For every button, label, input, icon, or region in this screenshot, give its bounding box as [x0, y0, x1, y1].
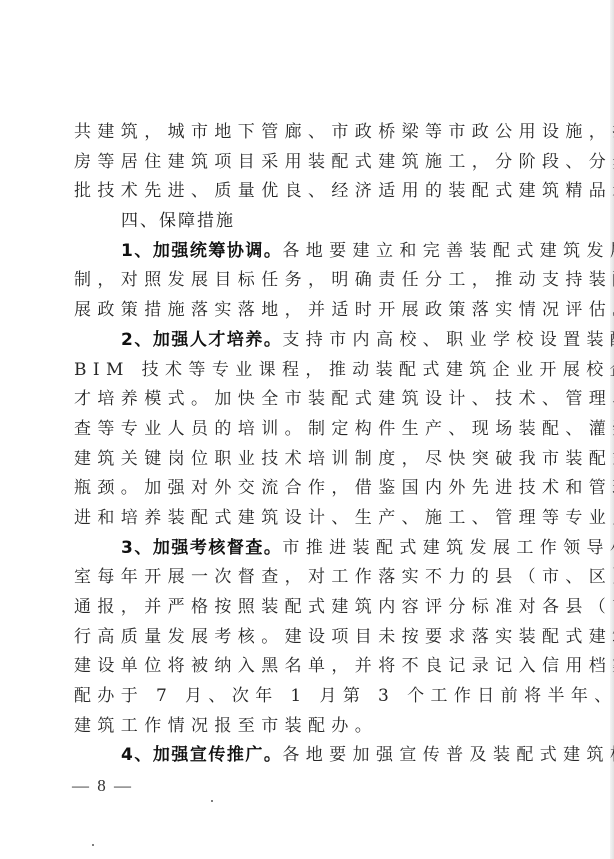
- paragraph-line: 共建筑，城市地下管廊、市政桥梁等市政公用设施，拆迁安置还: [74, 118, 526, 148]
- measure-3-title: 3、加强考核督查。: [121, 538, 282, 558]
- measure-3-text: 市推进装配式建筑发展工作领导小组办公: [282, 538, 614, 558]
- paragraph-line: 建筑工作情况报至市装配办。: [74, 712, 526, 742]
- paragraph-line: 房等居住建筑项目采用装配式建筑施工，分阶段、分步骤建成一: [74, 148, 526, 178]
- page-number: — 8 —: [72, 776, 133, 796]
- measure-1-title: 1、加强统筹协调。: [121, 241, 282, 261]
- document-page: 共建筑，城市地下管廊、市政桥梁等市政公用设施，拆迁安置还 房等居住建筑项目采用装…: [0, 0, 614, 859]
- paragraph-line: 进和培养装配式建筑设计、生产、施工、管理等专业人才。: [74, 504, 526, 534]
- document-body: 共建筑，城市地下管廊、市政桥梁等市政公用设施，拆迁安置还 房等居住建筑项目采用装…: [74, 118, 526, 771]
- paragraph-line: 建筑关键岗位职业技术培训制度，尽快突破我市装配式建筑人才: [74, 445, 526, 475]
- section-heading: 四、保障措施: [74, 207, 526, 237]
- measure-3-first-line: 3、加强考核督查。市推进装配式建筑发展工作领导小组办公: [74, 534, 526, 564]
- paragraph-line: 室每年开展一次督查，对工作落实不力的县（市、区）予以全市: [74, 563, 526, 593]
- paragraph-line: 建设单位将被纳入黑名单，并将不良记录记入信用档案。各地装: [74, 652, 526, 682]
- paragraph-line: 瓶颈。加强对外交流合作，借鉴国内外先进技术和管理经验，引: [74, 474, 526, 504]
- measure-4-first-line: 4、加强宣传推广。各地要加强宣传普及装配式建筑相关知识，: [74, 741, 526, 771]
- paragraph-line: 行高质量发展考核。建设项目未按要求落实装配式建筑的，开发: [74, 623, 526, 653]
- paragraph-line: 查等专业人员的培训。制定构件生产、现场装配、灌浆等装配式: [74, 415, 526, 445]
- measure-1-text: 各地要建立和完善装配式建筑发展工作机: [282, 241, 614, 261]
- measure-1-first-line: 1、加强统筹协调。各地要建立和完善装配式建筑发展工作机: [74, 237, 526, 267]
- measure-4-text: 各地要加强宣传普及装配式建筑相关知识，: [282, 745, 614, 765]
- measure-4-title: 4、加强宣传推广。: [121, 745, 282, 765]
- paragraph-line: 通报，并严格按照装配式建筑内容评分标准对各县（市、区）进: [74, 593, 526, 623]
- paragraph-line: 批技术先进、质量优良、经济适用的装配式建筑精品示范项目。: [74, 177, 526, 207]
- scan-speck: [92, 844, 94, 846]
- paragraph-line: 制，对照发展目标任务，明确责任分工，推动支持装配式建筑发: [74, 266, 526, 296]
- paragraph-line: 才培养模式。加快全市装配式建筑设计、技术、管理、施工图审: [74, 385, 526, 415]
- scan-speck: [211, 800, 213, 802]
- paragraph-line: 配办于 7 月、次年 1 月第 3 个工作日前将半年、年度推进装配式: [74, 682, 526, 712]
- paragraph-line: 展政策措施落实落地，并适时开展政策落实情况评估。: [74, 296, 526, 326]
- paragraph-line: BIM 技术等专业课程，推动装配式建筑企业开展校企合作，创新人: [74, 356, 526, 386]
- measure-2-text: 支持市内高校、职业学校设置装配式建筑、: [282, 330, 614, 350]
- measure-2-first-line: 2、加强人才培养。支持市内高校、职业学校设置装配式建筑、: [74, 326, 526, 356]
- measure-2-title: 2、加强人才培养。: [121, 330, 282, 350]
